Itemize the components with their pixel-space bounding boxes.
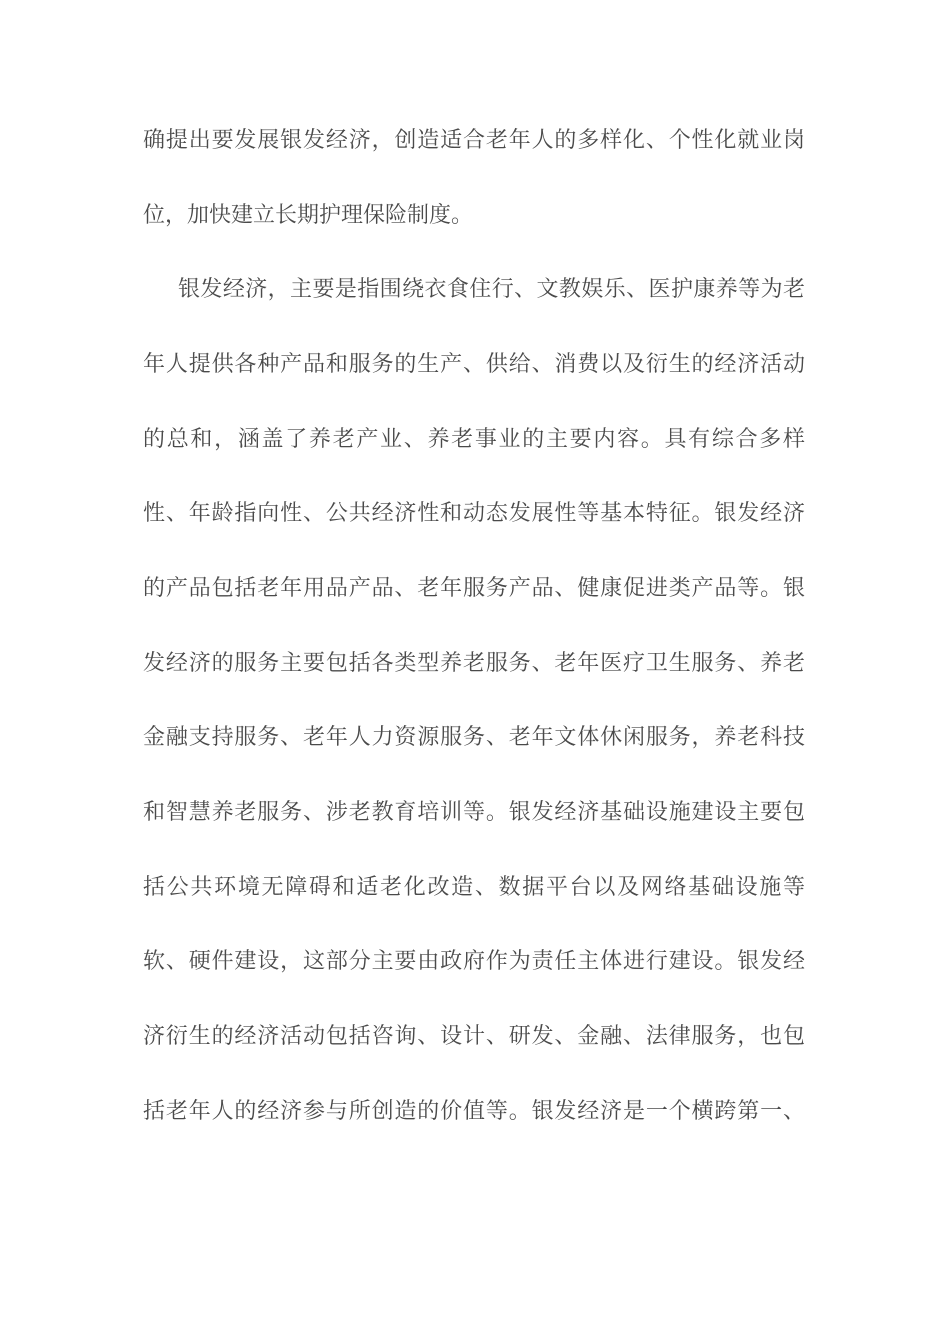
text-line: 位，加快建立长期护理保险制度。 (143, 201, 805, 276)
text-line: 的总和，涵盖了养老产业、养老事业的主要内容。具有综合多样 (143, 425, 805, 500)
text-line: 年人提供各种产品和服务的生产、供给、消费以及衍生的经济活动 (143, 350, 805, 425)
text-block: 确提出要发展银发经济，创造适合老年人的多样化、个性化就业岗 位，加快建立长期护理… (143, 126, 805, 1171)
text-line: 和智慧养老服务、涉老教育培训等。银发经济基础设施建设主要包 (143, 798, 805, 873)
text-line: 济衍生的经济活动包括咨询、设计、研发、金融、法律服务，也包 (143, 1022, 805, 1097)
document-page: 确提出要发展银发经济，创造适合老年人的多样化、个性化就业岗 位，加快建立长期护理… (0, 0, 950, 1344)
text-line: 发经济的服务主要包括各类型养老服务、老年医疗卫生服务、养老 (143, 649, 805, 724)
paragraph: 确提出要发展银发经济，创造适合老年人的多样化、个性化就业岗 位，加快建立长期护理… (143, 126, 805, 275)
text-line: 金融支持服务、老年人力资源服务、老年文体休闲服务，养老科技 (143, 723, 805, 798)
text-line: 性、年龄指向性、公共经济性和动态发展性等基本特征。银发经济 (143, 499, 805, 574)
paragraph: 银发经济，主要是指围绕衣食住行、文教娱乐、医护康养等为老 年人提供各种产品和服务… (143, 275, 805, 1171)
text-line: 确提出要发展银发经济，创造适合老年人的多样化、个性化就业岗 (143, 126, 805, 201)
text-line: 括老年人的经济参与所创造的价值等。银发经济是一个横跨第一、 (143, 1097, 805, 1172)
text-line: 软、硬件建设，这部分主要由政府作为责任主体进行建设。银发经 (143, 947, 805, 1022)
text-line: 银发经济，主要是指围绕衣食住行、文教娱乐、医护康养等为老 (143, 275, 805, 350)
text-line: 括公共环境无障碍和适老化改造、数据平台以及网络基础设施等 (143, 873, 805, 948)
text-line: 的产品包括老年用品产品、老年服务产品、健康促进类产品等。银 (143, 574, 805, 649)
